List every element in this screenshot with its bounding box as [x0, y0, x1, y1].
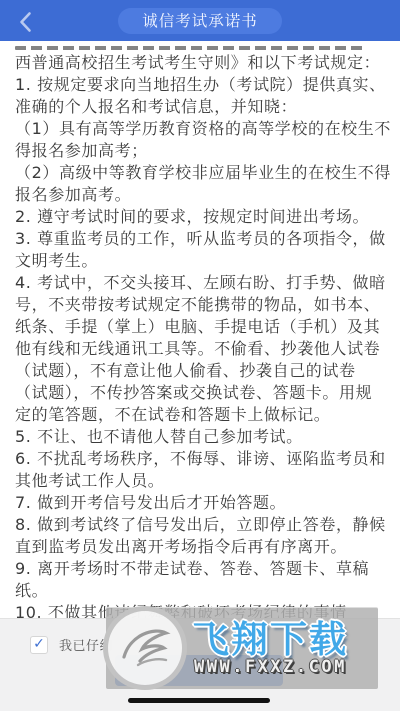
- document-line: 得报名参加高考；: [15, 140, 385, 162]
- document-line: 号，不夹带按考试规定不能携带的物品，如书本、: [15, 294, 385, 316]
- agreement-row[interactable]: ✓ 我已仔细: [30, 635, 113, 654]
- page-title: 诚信考试承诺书: [118, 8, 282, 34]
- document-line: （2）高级中等教育学校非应届毕业生的在校生不得: [15, 162, 385, 184]
- document-line: 3. 尊重监考员的工作，听从监考员的各项指令，做: [15, 228, 385, 250]
- app-screen: 诚信考试承诺书 西普通高校招生考试考生守则》和以下考试规定：1. 按规定要求向当…: [0, 0, 400, 711]
- back-button[interactable]: [12, 9, 38, 35]
- document-line: 4. 考试中，不交头接耳、左顾右盼、打手势、做暗: [15, 272, 385, 294]
- agreement-checkbox[interactable]: ✓: [30, 636, 48, 654]
- document-scroll-area[interactable]: 西普通高校招生考试考生守则》和以下考试规定：1. 按规定要求向当地招生办（考试院…: [0, 41, 400, 618]
- document-line: 6. 不扰乱考场秩序，不侮辱、诽谤、诬陷监考员和: [15, 448, 385, 470]
- chevron-left-icon: [19, 11, 32, 33]
- clipped-scrolled-text: [15, 46, 367, 50]
- document-line: 7. 做到开考信号发出后才开始答题。: [15, 492, 385, 514]
- document-line: 1. 按规定要求向当地招生办（考试院）提供真实、: [15, 74, 385, 96]
- document-line: 报名参加高考。: [15, 184, 385, 206]
- document-line: （试题），不传抄答案或交换试卷、答题卡。用规: [15, 382, 385, 404]
- document-line: 他有线和无线通讯工具等。不偷看、抄袭他人试卷: [15, 338, 385, 360]
- document-body: 西普通高校招生考试考生守则》和以下考试规定：1. 按规定要求向当地招生办（考试院…: [15, 52, 385, 618]
- document-line: （试题），不有意让他人偷看、抄袭自己的试卷: [15, 360, 385, 382]
- document-line: 定的笔答题，不在试卷和答题卡上做标记。: [15, 404, 385, 426]
- header-bar: 诚信考试承诺书: [0, 0, 400, 41]
- home-indicator-handle[interactable]: [128, 698, 270, 703]
- confirm-button[interactable]: [115, 655, 283, 686]
- document-line: 8. 做到考试终了信号发出后，立即停止答卷，静候: [15, 514, 385, 536]
- document-line: 9. 离开考场时不带走试卷、答卷、答题卡、草稿: [15, 558, 385, 580]
- document-line: 文明考生。: [15, 250, 385, 272]
- document-line: 纸。: [15, 580, 385, 602]
- document-line: 西普通高校招生考试考生守则》和以下考试规定：: [15, 52, 385, 74]
- document-line: （1）具有高等学历教育资格的高等学校的在校生不: [15, 118, 385, 140]
- agreement-label: 我已仔细: [59, 635, 113, 654]
- checkmark-icon: ✓: [33, 637, 45, 651]
- document-line: 纸条、手提（掌上）电脑、手提电话（手机）及其: [15, 316, 385, 338]
- document-line: 准确的个人报名和考试信息，并知晓：: [15, 96, 385, 118]
- document-line: 10. 不做其他违纪舞弊和破坏考场纪律的事情: [15, 602, 385, 618]
- document-line: 5. 不让、也不请他人替自己参加考试。: [15, 426, 385, 448]
- document-line: 直到监考员发出离开考场指令后再有序离开。: [15, 536, 385, 558]
- document-line: 2. 遵守考试时间的要求，按规定时间进出考场。: [15, 206, 385, 228]
- document-line: 其他考试工作人员。: [15, 470, 385, 492]
